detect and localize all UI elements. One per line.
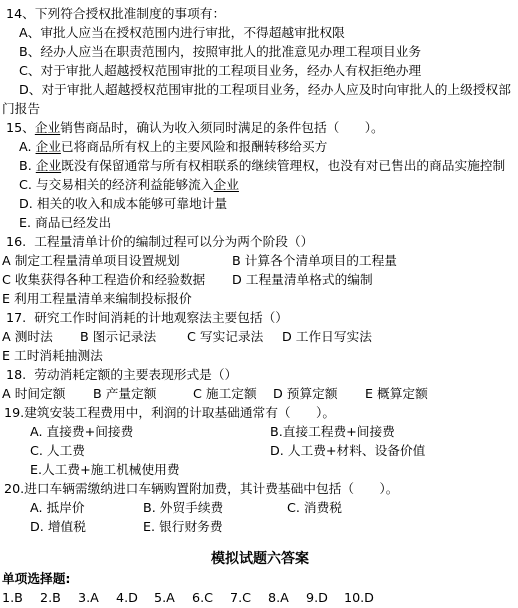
q15-option-c: C. 与交易相关的经济利益能够流入企业 (2, 175, 518, 194)
text-segment: D 工作日写实法 (282, 329, 372, 344)
text-cell: 9.D (306, 588, 344, 607)
q14-option-a: A、审批人应当在授权范围内进行审批，不得超越审批权限 (2, 23, 518, 42)
text-segment: A. (19, 139, 36, 154)
text-segment: C、对于审批人超越授权范围审批的工程项目业务，经办人有权拒绝办理 (19, 63, 421, 78)
underlined-text: 企业 (214, 177, 239, 192)
underlined-text: 企业 (36, 158, 61, 173)
text-segment: B. 外贸手续费 (143, 500, 223, 515)
text-cell: E 利用工程量清单来编制投标报价 (2, 291, 192, 306)
text-cell: 10.D (344, 588, 382, 607)
q19-options-ab: A. 直接费+间接费B.直接工程费+间接费 (2, 422, 518, 441)
text-segment: E 利用工程量清单来编制投标报价 (2, 291, 192, 306)
text-segment: 4.D (116, 590, 138, 605)
text-segment: E. 商品已经发出 (19, 215, 111, 230)
q14-option-c: C、对于审批人超越授权范围审批的工程项目业务，经办人有权拒绝办理 (2, 61, 518, 80)
q14-option-b: B、经办人应当在职责范围内，按照审批人的批准意见办理工程项目业务 (2, 42, 518, 61)
text-segment: A. 直接费+间接费 (30, 424, 133, 439)
q20-options-abc: A. 抵岸价B. 外贸手续费C. 消费税 (2, 498, 518, 517)
text-segment: 1.B (2, 590, 23, 605)
text-cell: A. 抵岸价 (30, 498, 143, 517)
text-segment: 16. 工程量清单计价的编制过程可以分为两个阶段（） (6, 234, 313, 249)
text-cell: C 写实记录法 (187, 327, 282, 346)
q15-option-a: A. 企业已将商品所有权上的主要风险和报酬转移给买方 (2, 137, 518, 156)
text-segment: A、审批人应当在授权范围内进行审批，不得超越审批权限 (19, 25, 345, 40)
text-cell: B.直接工程费+间接费 (270, 422, 395, 441)
text-cell: C 施工定额 (193, 384, 273, 403)
text-cell: A. 直接费+间接费 (30, 422, 270, 441)
text-cell: 20.进口车辆需缴纳进口车辆购置附加费，其计费基础中包括（ ）。 (4, 481, 398, 496)
text-segment: 既没有保留通常与所有权相联系的继续管理权，也没有对已售出的商品实施控制 (61, 158, 505, 173)
answers-mcq: 1.B2.B3.A4.D5.A6.C7.C8.A9.D10.D (2, 588, 518, 607)
text-segment: B、经办人应当在职责范围内，按照审批人的批准意见办理工程项目业务 (19, 44, 421, 59)
q15-option-d: D. 相关的收入和成本能够可靠地计量 (2, 194, 518, 213)
q16-stem: 16. 工程量清单计价的编制过程可以分为两个阶段（） (2, 232, 518, 251)
text-segment: E. 银行财务费 (143, 519, 223, 534)
text-segment: B. (19, 158, 36, 173)
text-cell: C 收集获得各种工程造价和经验数据 (2, 270, 232, 289)
text-cell: B 计算各个清单项目的工程量 (232, 251, 397, 270)
text-segment: 模拟试题六答案 (211, 551, 309, 567)
text-cell: 14、下列符合授权批准制度的事项有： (6, 6, 225, 21)
text-segment: E 工时消耗抽测法 (2, 348, 103, 363)
text-cell: 1.B (2, 588, 40, 607)
text-segment: 19.建筑安装工程费用中，利润的计取基础通常有（ ）。 (4, 405, 335, 420)
text-segment: 9.D (306, 590, 328, 605)
text-cell: A. 企业已将商品所有权上的主要风险和报酬转移给买方 (19, 139, 327, 154)
text-segment: 7.C (230, 590, 251, 605)
text-cell: B. 企业既没有保留通常与所有权相联系的继续管理权，也没有对已售出的商品实施控制 (19, 158, 505, 173)
text-cell: E. 商品已经发出 (19, 215, 111, 230)
text-cell: A 制定工程量清单项目设置规划 (2, 251, 232, 270)
text-cell: E 概算定额 (365, 384, 428, 403)
text-segment: 20.进口车辆需缴纳进口车辆购置附加费，其计费基础中包括（ ）。 (4, 481, 398, 496)
text-segment: 15、 (6, 120, 35, 135)
text-cell: D 工作日写实法 (282, 327, 372, 346)
q20-stem: 20.进口车辆需缴纳进口车辆购置附加费，其计费基础中包括（ ）。 (2, 479, 518, 498)
text-segment: E 概算定额 (365, 386, 428, 401)
q18-options-ae: A 时间定额B 产量定额C 施工定额D 预算定额E 概算定额 (2, 384, 518, 403)
q15-option-e: E. 商品已经发出 (2, 213, 518, 232)
text-cell: C. 与交易相关的经济利益能够流入企业 (19, 177, 239, 192)
text-cell: D. 人工费+材料、设备价值 (270, 441, 425, 460)
text-cell: 2.B (40, 588, 78, 607)
text-segment: C. 与交易相关的经济利益能够流入 (19, 177, 214, 192)
text-segment: 8.A (268, 590, 289, 605)
text-segment: C 施工定额 (193, 386, 257, 401)
text-cell: D、对于审批人超越授权范围审批的工程项目业务，经办人应及时向审批人的上级授权部门… (2, 82, 511, 116)
q14-stem: 14、下列符合授权批准制度的事项有： (2, 4, 518, 23)
q20-options-de: D. 增值税E. 银行财务费 (2, 517, 518, 536)
text-cell: 16. 工程量清单计价的编制过程可以分为两个阶段（） (6, 234, 313, 249)
answers-heading: 单项选择题: (2, 569, 518, 588)
text-cell: A、审批人应当在授权范围内进行审批，不得超越审批权限 (19, 25, 345, 40)
q14-option-d: D、对于审批人超越授权范围审批的工程项目业务，经办人应及时向审批人的上级授权部门… (2, 80, 518, 118)
q17-options-ad: A 测时法B 图示记录法C 写实记录法D 工作日写实法 (2, 327, 518, 346)
text-cell: 8.A (268, 588, 306, 607)
text-cell: D. 相关的收入和成本能够可靠地计量 (19, 196, 227, 211)
text-segment: E.人工费+施工机械使用费 (30, 462, 180, 477)
text-cell: A 时间定额 (2, 384, 93, 403)
text-cell: E 工时消耗抽测法 (2, 348, 103, 363)
text-cell: D. 增值税 (30, 517, 143, 536)
text-segment: 10.D (344, 590, 374, 605)
underlined-text: 企业 (35, 120, 60, 135)
text-cell: E.人工费+施工机械使用费 (30, 462, 180, 477)
text-cell: C. 人工费 (30, 441, 270, 460)
text-cell: D 预算定额 (273, 384, 365, 403)
text-cell: A 测时法 (2, 327, 80, 346)
text-cell: C. 消费税 (287, 498, 342, 517)
text-segment: B 图示记录法 (80, 329, 156, 344)
text-segment: 3.A (78, 590, 99, 605)
text-cell: 单项选择题: (2, 571, 71, 586)
text-segment: B 计算各个清单项目的工程量 (232, 253, 397, 268)
q15-option-b: B. 企业既没有保留通常与所有权相联系的继续管理权，也没有对已售出的商品实施控制 (2, 156, 518, 175)
text-cell: D 工程量清单格式的编制 (232, 270, 373, 289)
text-segment: 18. 劳动消耗定额的主要表现形式是（） (6, 367, 237, 382)
q15-stem: 15、企业销售商品时，确认为收入须同时满足的条件包括（ ）。 (2, 118, 518, 137)
text-cell: 15、企业销售商品时，确认为收入须同时满足的条件包括（ ）。 (6, 120, 384, 135)
text-segment: A. 抵岸价 (30, 500, 85, 515)
text-segment: A 测时法 (2, 329, 53, 344)
text-cell: 6.C (192, 588, 230, 607)
q18-stem: 18. 劳动消耗定额的主要表现形式是（） (2, 365, 518, 384)
text-segment: C 写实记录法 (187, 329, 263, 344)
q19-options-cd: C. 人工费D. 人工费+材料、设备价值 (2, 441, 518, 460)
text-segment: 6.C (192, 590, 213, 605)
q16-options-cd: C 收集获得各种工程造价和经验数据D 工程量清单格式的编制 (2, 270, 518, 289)
text-segment: D. 相关的收入和成本能够可靠地计量 (19, 196, 227, 211)
text-segment: 销售商品时，确认为收入须同时满足的条件包括（ ）。 (60, 120, 384, 135)
text-segment: 单项选择题: (2, 571, 71, 586)
q19-option-e: E.人工费+施工机械使用费 (2, 460, 518, 479)
text-cell: 7.C (230, 588, 268, 607)
text-segment: 2.B (40, 590, 61, 605)
spacer (2, 536, 518, 550)
text-segment: D 工程量清单格式的编制 (232, 272, 373, 287)
text-cell: B. 外贸手续费 (143, 498, 287, 517)
text-segment: 17. 研究工作时间消耗的计地观察法主要包括（） (6, 310, 288, 325)
text-cell: B 图示记录法 (80, 327, 187, 346)
text-segment: D、对于审批人超越授权范围审批的工程项目业务，经办人应及时向审批人的上级授权部门… (2, 82, 511, 116)
text-segment: B.直接工程费+间接费 (270, 424, 395, 439)
text-cell: 5.A (154, 588, 192, 607)
q16-options-ab: A 制定工程量清单项目设置规划B 计算各个清单项目的工程量 (2, 251, 518, 270)
text-cell: 4.D (116, 588, 154, 607)
text-segment: A 时间定额 (2, 386, 65, 401)
text-segment: C. 消费税 (287, 500, 342, 515)
text-cell: 3.A (78, 588, 116, 607)
text-segment: 14、下列符合授权批准制度的事项有： (6, 6, 225, 21)
text-cell: 19.建筑安装工程费用中，利润的计取基础通常有（ ）。 (4, 405, 335, 420)
text-segment: 5.A (154, 590, 175, 605)
text-cell: C、对于审批人超越授权范围审批的工程项目业务，经办人有权拒绝办理 (19, 63, 421, 78)
q17-option-e: E 工时消耗抽测法 (2, 346, 518, 365)
text-cell: B、经办人应当在职责范围内，按照审批人的批准意见办理工程项目业务 (19, 44, 421, 59)
text-cell: 18. 劳动消耗定额的主要表现形式是（） (6, 367, 237, 382)
answers-title: 模拟试题六答案 (2, 550, 518, 569)
q16-option-e: E 利用工程量清单来编制投标报价 (2, 289, 518, 308)
text-segment: 已将商品所有权上的主要风险和报酬转移给买方 (61, 139, 327, 154)
text-segment: C. 人工费 (30, 443, 85, 458)
text-segment: D 预算定额 (273, 386, 338, 401)
exam-document: 14、下列符合授权批准制度的事项有：A、审批人应当在授权范围内进行审批，不得超越… (0, 0, 518, 608)
text-cell: E. 银行财务费 (143, 517, 287, 536)
text-cell: 17. 研究工作时间消耗的计地观察法主要包括（） (6, 310, 288, 325)
text-cell: B 产量定额 (93, 384, 193, 403)
q17-stem: 17. 研究工作时间消耗的计地观察法主要包括（） (2, 308, 518, 327)
text-cell: 模拟试题六答案 (211, 551, 309, 567)
underlined-text: 企业 (36, 139, 61, 154)
text-segment: B 产量定额 (93, 386, 157, 401)
text-segment: D. 人工费+材料、设备价值 (270, 443, 425, 458)
text-segment: C 收集获得各种工程造价和经验数据 (2, 272, 205, 287)
text-segment: D. 增值税 (30, 519, 86, 534)
text-segment: A 制定工程量清单项目设置规划 (2, 253, 180, 268)
q19-stem: 19.建筑安装工程费用中，利润的计取基础通常有（ ）。 (2, 403, 518, 422)
